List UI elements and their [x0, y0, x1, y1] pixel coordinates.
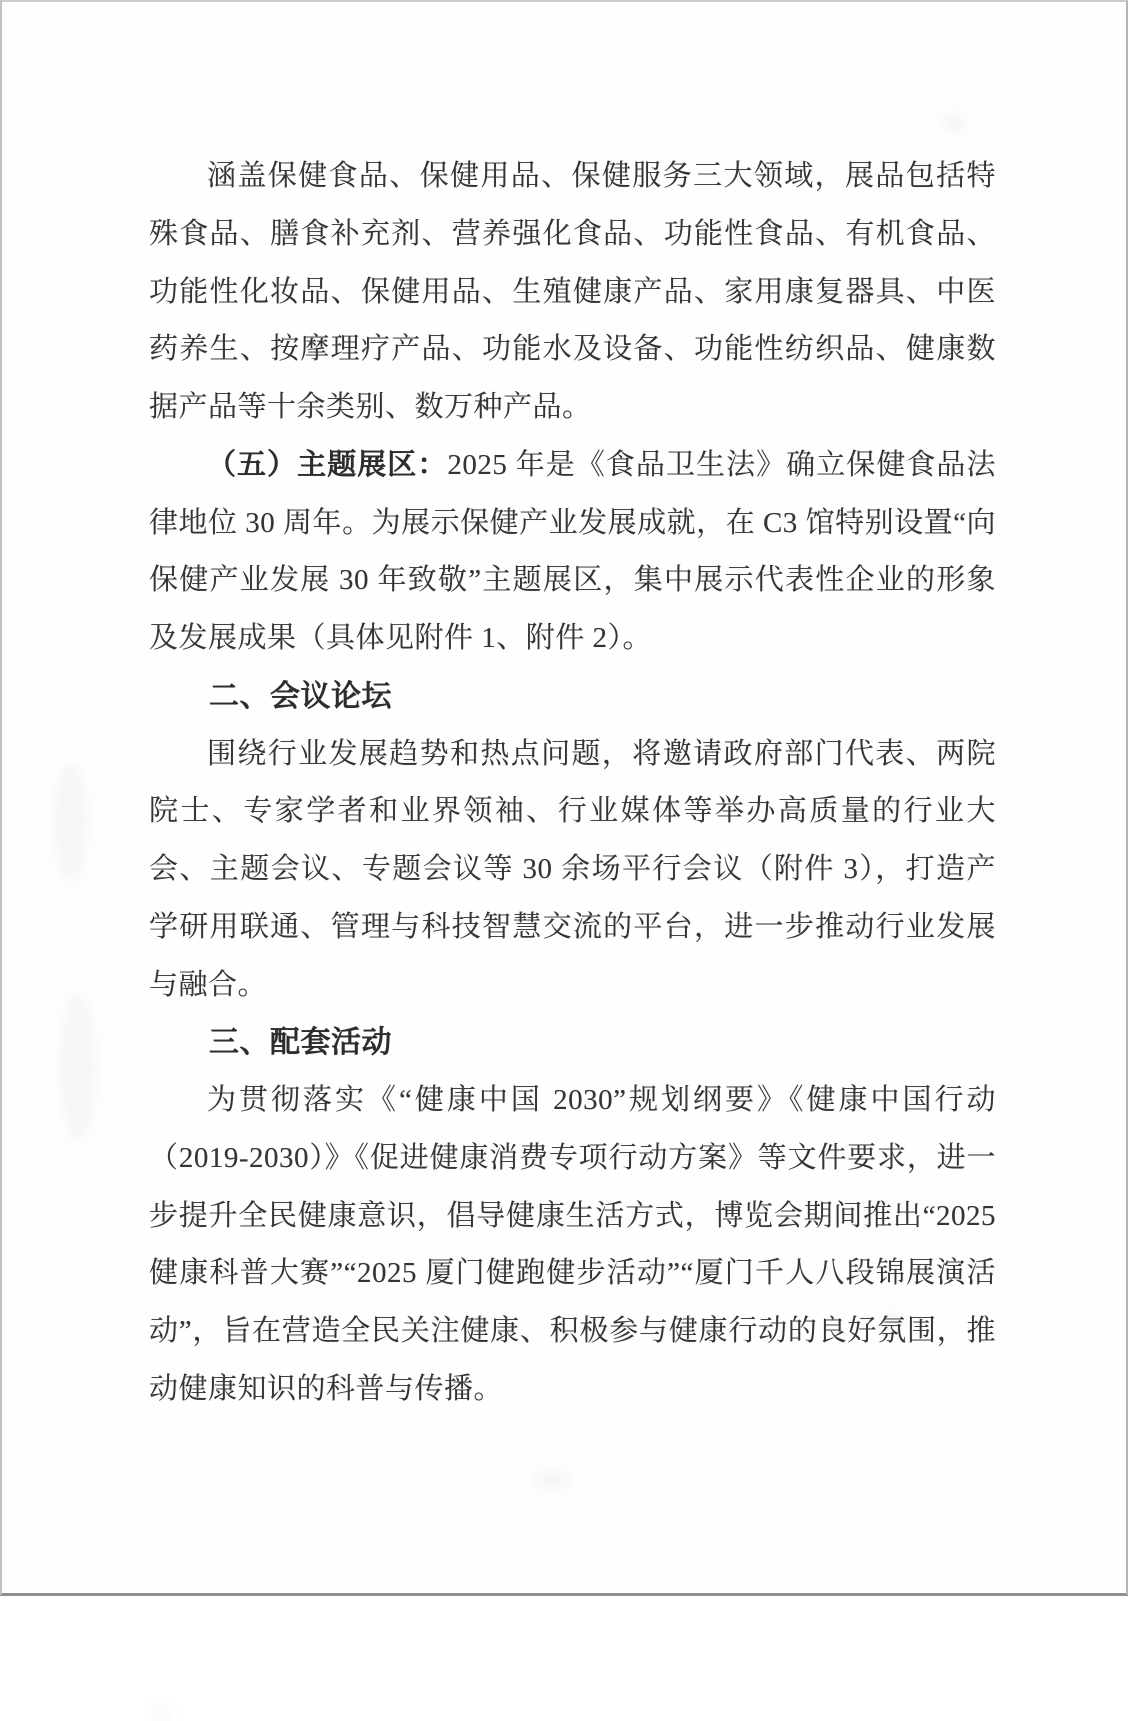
section-heading: 三、配套活动 — [149, 1014, 996, 1072]
paragraph-lead-label: （五）主题展区： — [207, 449, 447, 481]
scan-smudge — [54, 762, 88, 882]
paragraph: 涵盖保健食品、保健用品、保健服务三大领域，展品包括特殊食品、膳食补充剂、营养强化… — [149, 148, 996, 437]
section-heading: 二、会议论坛 — [149, 668, 996, 726]
scan-smudge — [60, 992, 96, 1142]
document-body: 涵盖保健食品、保健用品、保健服务三大领域，展品包括特殊食品、膳食补充剂、营养强化… — [149, 148, 996, 1419]
scan-speck — [532, 1470, 572, 1490]
scan-speck — [942, 112, 968, 134]
scanned-page: 涵盖保健食品、保健用品、保健服务三大领域，展品包括特殊食品、膳食补充剂、营养强化… — [0, 0, 1128, 1596]
paragraph: （五）主题展区：2025 年是《食品卫生法》确立保健食品法律地位 30 周年。为… — [149, 437, 996, 668]
paragraph: 为贯彻落实《“健康中国 2030”规划纲要》《健康中国行动（2019-2030）… — [149, 1072, 996, 1419]
paragraph: 围绕行业发展趋势和热点问题，将邀请政府部门代表、两院院士、专家学者和业界领袖、行… — [149, 726, 996, 1015]
